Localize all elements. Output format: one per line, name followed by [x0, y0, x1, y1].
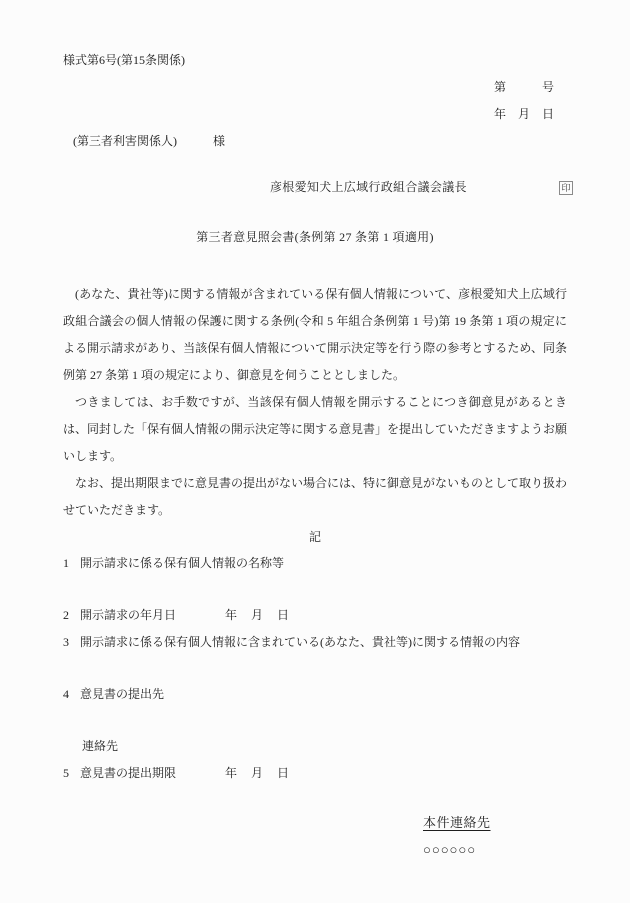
document-page: 様式第6号(第15条関係) 第 号 年 月 日 (第三者利害関係人) 様 彦根愛…: [0, 0, 630, 903]
list-item-1: 1開示請求に係る保有個人情報の名称等: [63, 550, 567, 577]
item-number: 2: [63, 602, 80, 629]
form-number: 様式第6号(第15条関係): [63, 47, 567, 74]
item-number: 4: [63, 681, 80, 708]
item-text: 意見書の提出先: [80, 687, 164, 701]
addressee-name: (第三者利害関係人): [73, 134, 177, 148]
item-text: 意見書の提出期限: [80, 766, 176, 780]
addressee-honorific: 様: [213, 134, 225, 148]
list-item-3: 3開示請求に係る保有個人情報に含まれている(あなた、貴社等)に関する情報の内容: [63, 629, 567, 656]
sender-name: 彦根愛知犬上広域行政組合議会議長: [270, 174, 467, 201]
item-text: 開示請求の年月日: [80, 608, 176, 622]
list-item-5: 5意見書の提出期限年 月 日: [63, 760, 567, 787]
addressee-line: (第三者利害関係人) 様: [63, 128, 567, 155]
sender-row: 彦根愛知犬上広域行政組合議会議長 印: [63, 174, 567, 201]
item-list: 1開示請求に係る保有個人情報の名称等 2開示請求の年月日年 月 日 3開示請求に…: [63, 550, 567, 787]
body-paragraphs: (あなた、貴社等)に関する情報が含まれている保有個人情報について、彦根愛知犬上広…: [63, 281, 567, 524]
paragraph-2: つきましては、お手数ですが、当該保有個人情報を開示することにつき御意見があるとき…: [63, 389, 567, 470]
item-text: 開示請求に係る保有個人情報に含まれている(あなた、貴社等)に関する情報の内容: [80, 635, 520, 649]
document-number-line: 第 号: [63, 74, 567, 101]
list-item-2: 2開示請求の年月日年 月 日: [63, 602, 567, 629]
paragraph-1: (あなた、貴社等)に関する情報が含まれている保有個人情報について、彦根愛知犬上広…: [63, 281, 567, 389]
document-title: 第三者意見照会書(条例第 27 条第 1 項適用): [63, 224, 567, 251]
ki-heading: 記: [63, 526, 567, 548]
footer-contact-heading: 本件連絡先: [423, 809, 491, 836]
list-item-4: 4意見書の提出先: [63, 681, 567, 708]
seal-stamp-box: 印: [559, 181, 573, 195]
item-number: 1: [63, 550, 80, 577]
footer-contact-value: ○○○○○○: [423, 836, 567, 863]
date-line: 年 月 日: [63, 101, 567, 128]
paragraph-3: なお、提出期限までに意見書の提出がない場合には、特に御意見がないものとして取り扱…: [63, 470, 567, 524]
date-placeholder: 年 月 日: [225, 608, 290, 622]
item-number: 3: [63, 629, 80, 656]
item-text: 開示請求に係る保有個人情報の名称等: [80, 556, 284, 570]
contact-label: 連絡先: [63, 733, 567, 760]
date-placeholder: 年 月 日: [225, 766, 290, 780]
item-number: 5: [63, 760, 80, 787]
footer-contact: 本件連絡先 ○○○○○○: [63, 809, 567, 863]
